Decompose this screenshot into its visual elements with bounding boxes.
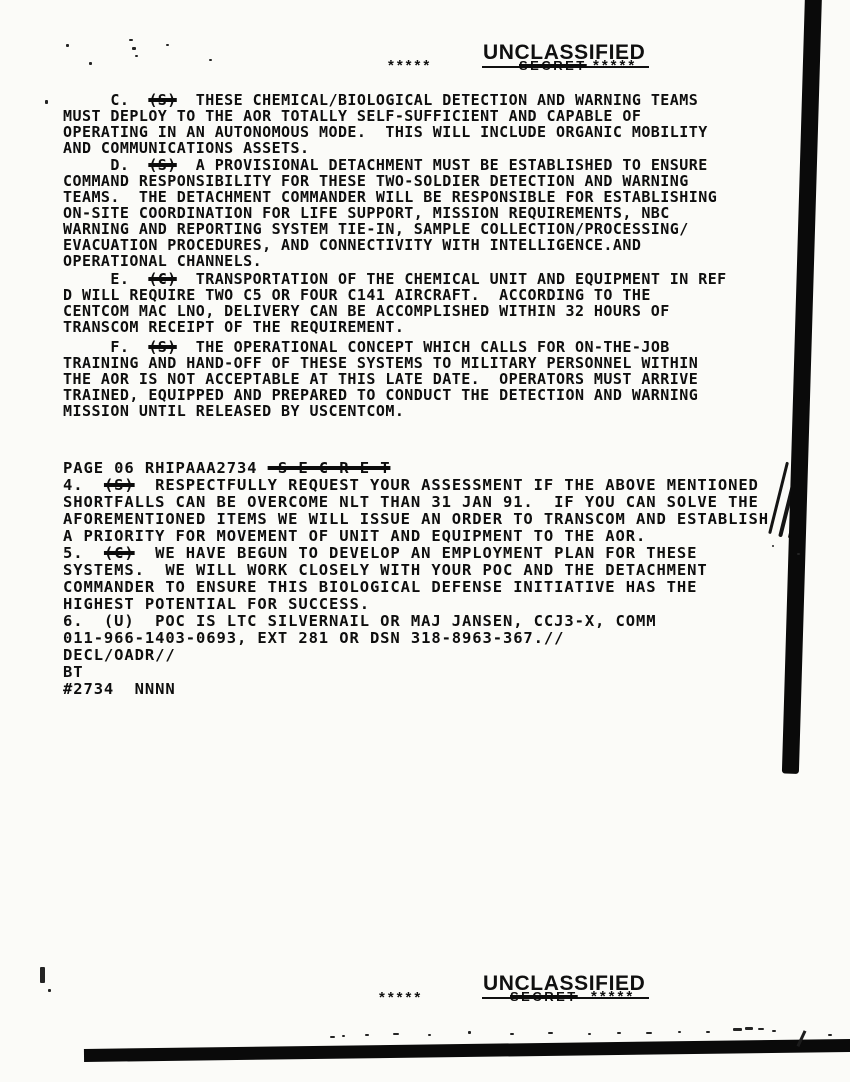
scan-speckle [588,1033,591,1035]
document-line: BT [63,664,769,681]
top-stars-left: ***** [388,57,432,74]
scan-speckle [342,1035,345,1037]
document-line: TRAINING AND HAND-OFF OF THESE SYSTEMS T… [63,355,698,371]
scan-speckle [797,553,800,555]
document-line: HIGHEST POTENTIAL FOR SUCCESS. [63,596,769,613]
scan-speckle [548,1032,553,1034]
document-line: SHORTFALLS CAN BE OVERCOME NLT THAN 31 J… [63,494,769,511]
scan-speckle [40,967,45,983]
scan-speckle [772,1030,776,1032]
text-segment: COMMANDER TO ENSURE THIS BIOLOGICAL DEFE… [63,578,697,596]
paragraph-d: D. (S) A PROVISIONAL DETACHMENT MUST BE … [63,157,717,269]
document-line: TRAINED, EQUIPPED AND PREPARED TO CONDUC… [63,387,698,403]
document-line: CENTCOM MAC LNO, DELIVERY CAN BE ACCOMPL… [63,303,727,319]
scan-speckle [48,989,51,992]
document-line: C. (S) THESE CHEMICAL/BIOLOGICAL DETECTI… [63,92,708,108]
scan-speckle [89,62,92,65]
scan-speckle [617,1032,621,1034]
paragraph-c: C. (S) THESE CHEMICAL/BIOLOGICAL DETECTI… [63,92,708,156]
document-line: AND COMMUNICATIONS ASSETS. [63,140,708,156]
scan-speckle [828,1034,832,1036]
scan-speckle [135,55,138,57]
scan-speckle [745,1027,753,1030]
pen-mark [768,462,789,535]
scan-edge-bar-bottom [84,1039,850,1062]
text-segment: WE HAVE BEGUN TO DEVELOP AN EMPLOYMENT P… [135,544,698,562]
document-line: D. (S) A PROVISIONAL DETACHMENT MUST BE … [63,157,717,173]
scan-speckle [758,1028,764,1030]
document-line: TEAMS. THE DETACHMENT COMMANDER WILL BE … [63,189,717,205]
scan-edge-bar-right [782,0,822,774]
struck-classification-marking: S E C R E T [268,459,391,477]
document-line: F. (S) THE OPERATIONAL CONCEPT WHICH CAL… [63,339,698,355]
document-line: DECL/OADR// [63,647,769,664]
paragraph-e: E. (C) TRANSPORTATION OF THE CHEMICAL UN… [63,271,727,335]
document-line: MUST DEPLOY TO THE AOR TOTALLY SELF-SUFF… [63,108,708,124]
text-segment: MISSION UNTIL RELEASED BY USCENTCOM. [63,402,404,420]
scan-speckle [129,39,133,41]
scan-speckle [393,1033,399,1035]
document-line: #2734 NNNN [63,681,769,698]
bottom-stars-right: ***** [591,988,635,1005]
text-segment: BT [63,663,83,681]
document-line: 5. (C) WE HAVE BEGUN TO DEVELOP AN EMPLO… [63,545,769,562]
document-line: A PRIORITY FOR MOVEMENT OF UNIT AND EQUI… [63,528,769,545]
top-struck-secret-stamp: SECRET [519,58,587,73]
struck-classification-marking: (S) [104,476,135,494]
scan-speckle [132,47,136,50]
bottom-struck-secret-stamp: SECRET [510,989,578,1004]
text-segment: RESPECTFULLY REQUEST YOUR ASSESSMENT IF … [135,476,759,494]
document-line: 4. (S) RESPECTFULLY REQUEST YOUR ASSESSM… [63,477,769,494]
scan-speckle [66,44,69,47]
text-segment: A PRIORITY FOR MOVEMENT OF UNIT AND EQUI… [63,527,646,545]
scan-speckle [510,1033,514,1035]
text-segment: #2734 NNNN [63,680,176,698]
scan-speckle [365,1034,369,1036]
scan-speckle [468,1031,471,1034]
text-segment: TRANSCOM RECEIPT OF THE REQUIREMENT. [63,318,404,336]
document-line: E. (C) TRANSPORTATION OF THE CHEMICAL UN… [63,271,727,287]
document-line: THE AOR IS NOT ACCEPTABLE AT THIS LATE D… [63,371,698,387]
text-segment: OPERATIONAL CHANNELS. [63,252,262,270]
scan-speckle [646,1032,652,1034]
struck-classification-marking: (C) [104,544,135,562]
document-line: SYSTEMS. WE WILL WORK CLOSELY WITH YOUR … [63,562,769,579]
text-segment: PAGE 06 RHIPAAA2734 [63,459,268,477]
document-line: 6. (U) POC IS LTC SILVERNAIL OR MAJ JANS… [63,613,769,630]
scan-speckle [772,545,774,547]
scan-speckle [733,1028,742,1031]
scan-speckle [166,44,169,46]
document-line: OPERATIONAL CHANNELS. [63,253,717,269]
scan-speckle [428,1034,431,1036]
top-stars-right: ***** [593,57,637,74]
document-line: COMMAND RESPONSIBILITY FOR THESE TWO-SOL… [63,173,717,189]
document-line: D WILL REQUIRE TWO C5 OR FOUR C141 AIRCR… [63,287,727,303]
scan-speckle [706,1031,710,1033]
text-segment: AFOREMENTIONED ITEMS WE WILL ISSUE AN OR… [63,510,769,528]
document-line: TRANSCOM RECEIPT OF THE REQUIREMENT. [63,319,727,335]
scan-speckle [45,100,48,104]
text-segment: SYSTEMS. WE WILL WORK CLOSELY WITH YOUR … [63,561,708,579]
document-line: 011-966-1403-0693, EXT 281 OR DSN 318-89… [63,630,769,647]
text-segment: HIGHEST POTENTIAL FOR SUCCESS. [63,595,370,613]
document-line: ON-SITE COORDINATION FOR LIFE SUPPORT, M… [63,205,717,221]
scan-speckle [330,1036,335,1038]
document-line: COMMANDER TO ENSURE THIS BIOLOGICAL DEFE… [63,579,769,596]
scan-speckle [678,1031,681,1033]
document-line: OPERATING IN AN AUTONOMOUS MODE. THIS WI… [63,124,708,140]
text-segment: AND COMMUNICATIONS ASSETS. [63,139,310,157]
document-line: WARNING AND REPORTING SYSTEM TIE-IN, SAM… [63,221,717,237]
paragraph-f: F. (S) THE OPERATIONAL CONCEPT WHICH CAL… [63,339,698,419]
text-segment: 5. [63,544,104,562]
text-segment: 6. (U) POC IS LTC SILVERNAIL OR MAJ JANS… [63,612,656,630]
text-segment: 011-966-1403-0693, EXT 281 OR DSN 318-89… [63,629,564,647]
document-line: PAGE 06 RHIPAAA2734 S E C R E T [63,460,769,477]
document-line: EVACUATION PROCEDURES, AND CONNECTIVITY … [63,237,717,253]
document-line: AFOREMENTIONED ITEMS WE WILL ISSUE AN OR… [63,511,769,528]
page-tail-block: PAGE 06 RHIPAAA2734 S E C R E T4. (S) RE… [63,460,769,698]
scan-speckle [209,59,212,61]
text-segment: SHORTFALLS CAN BE OVERCOME NLT THAN 31 J… [63,493,759,511]
scanned-document-page: UNCLASSIFIED SECRET ***** ***** C. (S) T… [0,0,850,1082]
bottom-stars-left: ***** [379,989,423,1006]
text-segment: DECL/OADR// [63,646,176,664]
text-segment: 4. [63,476,104,494]
document-line: MISSION UNTIL RELEASED BY USCENTCOM. [63,403,698,419]
